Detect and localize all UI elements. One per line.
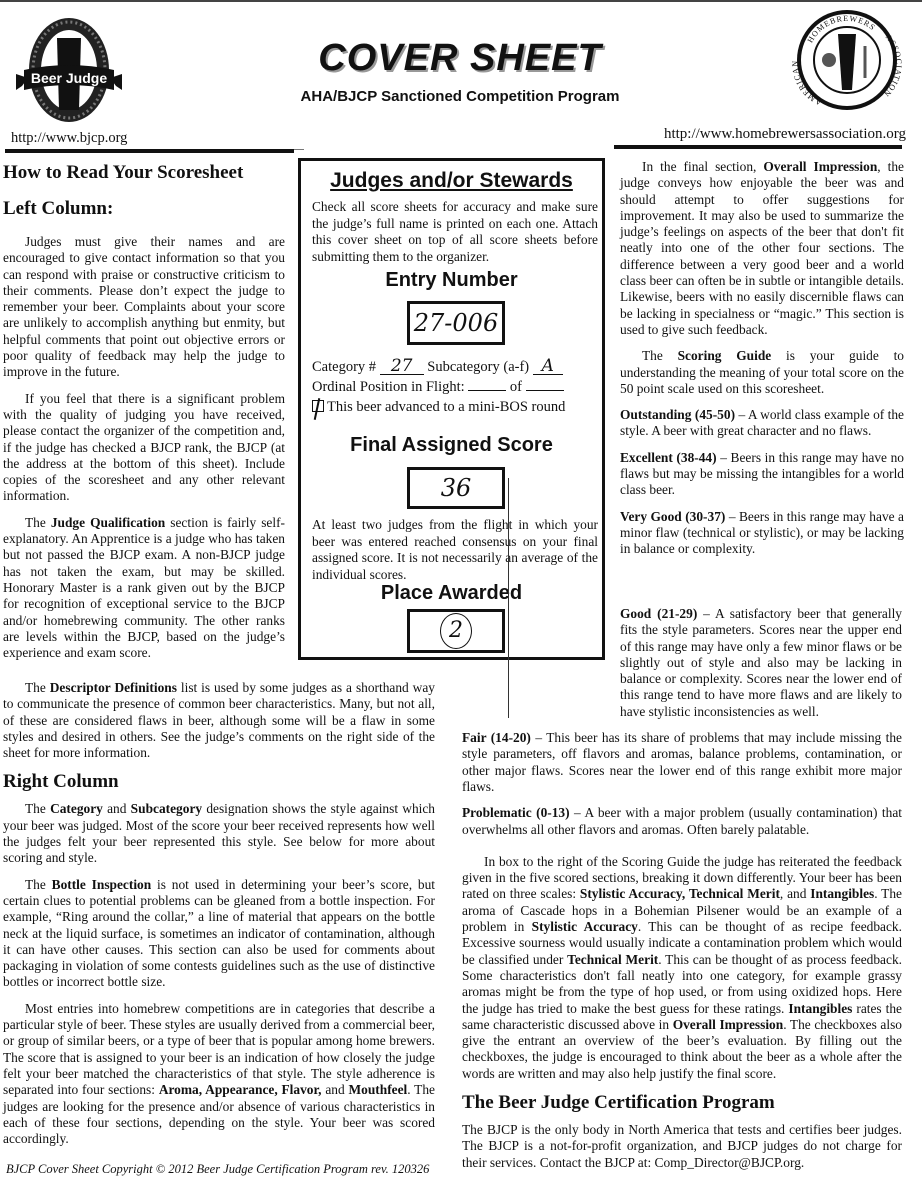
judges-paragraph: Judges must give their names and are enc… xyxy=(3,234,285,381)
mini-bos-label: This beer advanced to a mini-BOS round xyxy=(327,399,565,415)
final-score-field[interactable]: 36 xyxy=(407,467,505,509)
ordinal-position-field[interactable] xyxy=(468,390,506,391)
bottle-inspection-paragraph: The Bottle Inspection is not used in det… xyxy=(3,877,435,991)
category-paragraph: The Category and Subcategory designation… xyxy=(3,801,435,866)
score-outstanding: Outstanding (45-50) – A world class exam… xyxy=(620,407,904,440)
scales-paragraph: In box to the right of the Scoring Guide… xyxy=(462,854,902,1082)
right-column-heading: Right Column xyxy=(3,771,435,793)
subcategory-field[interactable]: A xyxy=(533,358,563,375)
descriptor-definitions-paragraph: The Descriptor Definitions list is used … xyxy=(3,680,435,761)
bottom-left-section: The Descriptor Definitions list is used … xyxy=(3,680,435,1157)
score-good: Good (21-29) – A satisfactory beer that … xyxy=(620,606,902,720)
beer-judge-logo: Beer Judge xyxy=(14,12,124,127)
fold-line xyxy=(508,478,509,718)
entry-number-label: Entry Number xyxy=(301,268,602,292)
page-title: COVER SHEET xyxy=(270,38,650,78)
left-column-heading: Left Column: xyxy=(3,198,285,220)
top-border xyxy=(0,0,922,2)
svg-text:Beer Judge: Beer Judge xyxy=(31,70,107,86)
bottom-right-section: Good (21-29) – A satisfactory beer that … xyxy=(462,606,902,1181)
place-awarded-label: Place Awarded xyxy=(301,581,602,605)
bjcp-paragraph: The BJCP is the only body in North Ameri… xyxy=(462,1122,902,1171)
stewards-box: Judges and/or Stewards Check all score s… xyxy=(298,158,605,660)
how-to-read-heading: How to Read Your Scoresheet xyxy=(3,162,285,184)
bjcp-heading: The Beer Judge Certification Program xyxy=(462,1092,902,1114)
stewards-title: Judges and/or Stewards xyxy=(301,169,602,193)
bjcp-url-link[interactable]: http://www.bjcp.org xyxy=(11,130,127,146)
category-field[interactable]: 27 xyxy=(380,358,424,375)
judge-qualification-paragraph: The Judge Qualification section is fairl… xyxy=(3,515,285,662)
header-rule-mid xyxy=(294,149,304,150)
scoring-guide-paragraph: The Scoring Guide is your guide to under… xyxy=(620,348,904,397)
subcategory-label: Subcategory (a-f) xyxy=(427,359,529,375)
ordinal-label: Ordinal Position in Flight: xyxy=(312,379,465,395)
copyright-footer: BJCP Cover Sheet Copyright © 2012 Beer J… xyxy=(6,1162,429,1177)
category-label: Category # xyxy=(312,359,376,375)
score-very-good: Very Good (30-37) – Beers in this range … xyxy=(620,509,904,558)
score-fair: Fair (14-20) – This beer has its share o… xyxy=(462,730,902,795)
problem-paragraph: If you feel that there is a significant … xyxy=(3,391,285,505)
left-column: How to Read Your Scoresheet Left Column:… xyxy=(3,162,285,671)
entry-number-field[interactable]: 27-006 xyxy=(407,301,505,345)
final-score-label: Final Assigned Score xyxy=(301,433,602,457)
overall-impression-paragraph: In the final section, Overall Impression… xyxy=(620,159,904,338)
score-excellent: Excellent (38-44) – Beers in this range … xyxy=(620,450,904,499)
style-paragraph: Most entries into homebrew competitions … xyxy=(3,1001,435,1148)
score-problematic: Problematic (0-13) – A beer with a major… xyxy=(462,805,902,838)
header-rule-right xyxy=(614,145,902,149)
page-subtitle: AHA/BJCP Sanctioned Competition Program xyxy=(270,88,650,106)
ordinal-of-label: of xyxy=(510,379,522,395)
score-consensus-note: At least two judges from the flight in w… xyxy=(312,517,598,583)
category-section: Category # 27 Subcategory (a-f) A Ordina… xyxy=(312,357,602,417)
ordinal-total-field[interactable] xyxy=(526,390,564,391)
right-column: In the final section, Overall Impression… xyxy=(620,159,904,568)
aha-url-link[interactable]: http://www.homebrewersassociation.org xyxy=(664,126,906,142)
mini-bos-checkbox[interactable] xyxy=(312,400,324,412)
aha-logo: HOMEBREWERS AMERICAN ASSOCIATION xyxy=(786,6,908,114)
stewards-instructions: Check all score sheets for accuracy and … xyxy=(312,199,598,265)
header-rule-left xyxy=(5,149,294,153)
